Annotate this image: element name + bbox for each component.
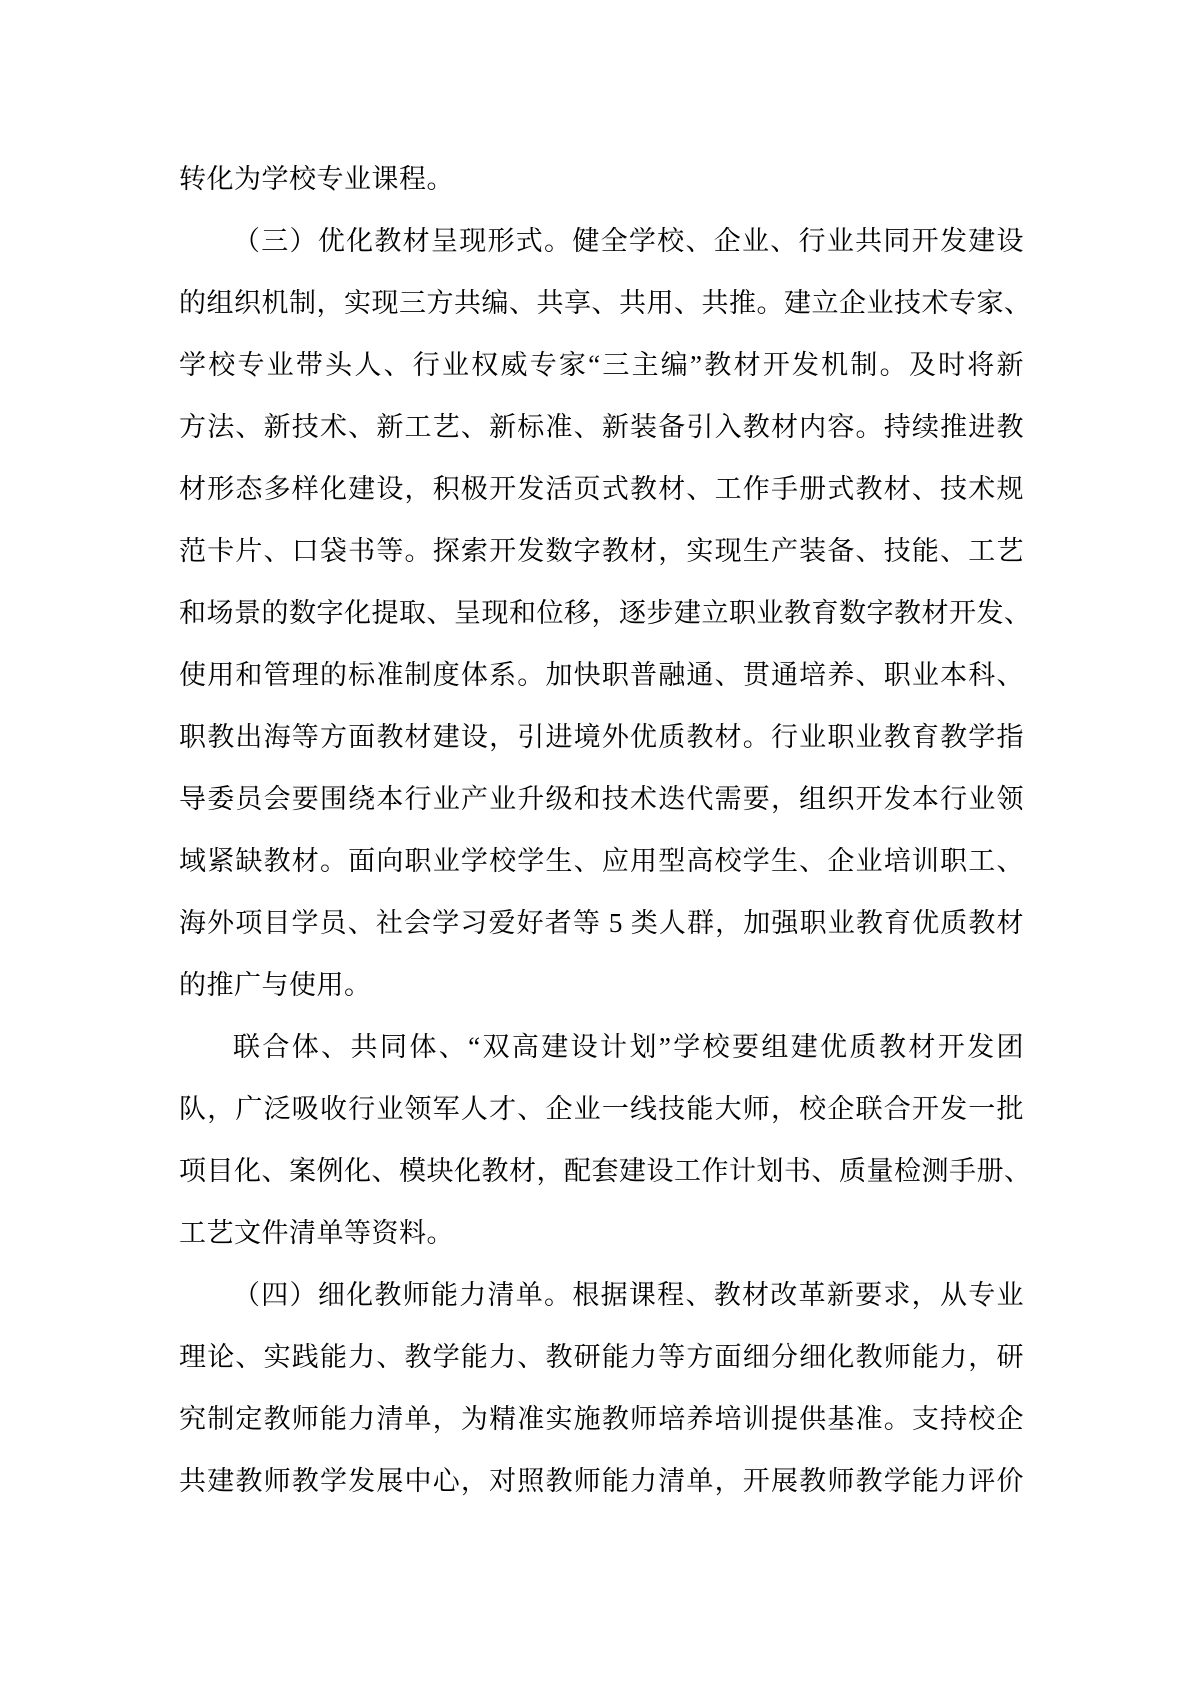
text-line: 方法、新技术、新工艺、新标准、新装备引入教材内容。持续推进教 <box>179 396 1024 458</box>
text-line: 使用和管理的标准制度体系。加快职普融通、贯通培养、职业本科、 <box>179 644 1024 706</box>
text-line: 学校专业带头人、行业权威专家“三主编”教材开发机制。及时将新 <box>179 334 1024 396</box>
document-body: 转化为学校专业课程。 （三）优化教材呈现形式。健全学校、企业、行业共同开发建设 … <box>179 148 1024 1512</box>
text-line: 联合体、共同体、“双高建设计划”学校要组建优质教材开发团 <box>179 1016 1024 1078</box>
text-line: 范卡片、口袋书等。探索开发数字教材，实现生产装备、技能、工艺 <box>179 520 1024 582</box>
text-line: 项目化、案例化、模块化教材，配套建设工作计划书、质量检测手册、 <box>179 1140 1024 1202</box>
text-line: 的组织机制，实现三方共编、共享、共用、共推。建立企业技术专家、 <box>179 272 1024 334</box>
text-line: 导委员会要围绕本行业产业升级和技术迭代需要，组织开发本行业领 <box>179 768 1024 830</box>
document-page: 转化为学校专业课程。 （三）优化教材呈现形式。健全学校、企业、行业共同开发建设 … <box>0 0 1191 1684</box>
text-line: 职教出海等方面教材建设，引进境外优质教材。行业职业教育教学指 <box>179 706 1024 768</box>
text-line: 究制定教师能力清单，为精准实施教师培养培训提供基准。支持校企 <box>179 1388 1024 1450</box>
text-line: 转化为学校专业课程。 <box>179 148 1024 210</box>
text-line: 和场景的数字化提取、呈现和位移，逐步建立职业教育数字教材开发、 <box>179 582 1024 644</box>
text-line: （三）优化教材呈现形式。健全学校、企业、行业共同开发建设 <box>179 210 1024 272</box>
text-line: 理论、实践能力、教学能力、教研能力等方面细分细化教师能力，研 <box>179 1326 1024 1388</box>
text-line: 域紧缺教材。面向职业学校学生、应用型高校学生、企业培训职工、 <box>179 830 1024 892</box>
text-line: 工艺文件清单等资料。 <box>179 1202 1024 1264</box>
text-line: 的推广与使用。 <box>179 954 1024 1016</box>
text-line: 队，广泛吸收行业领军人才、企业一线技能大师，校企联合开发一批 <box>179 1078 1024 1140</box>
text-line: 材形态多样化建设，积极开发活页式教材、工作手册式教材、技术规 <box>179 458 1024 520</box>
text-line: （四）细化教师能力清单。根据课程、教材改革新要求，从专业 <box>179 1264 1024 1326</box>
text-line: 海外项目学员、社会学习爱好者等 5 类人群，加强职业教育优质教材 <box>179 892 1024 954</box>
text-line: 共建教师教学发展中心，对照教师能力清单，开展教师教学能力评价 <box>179 1450 1024 1512</box>
